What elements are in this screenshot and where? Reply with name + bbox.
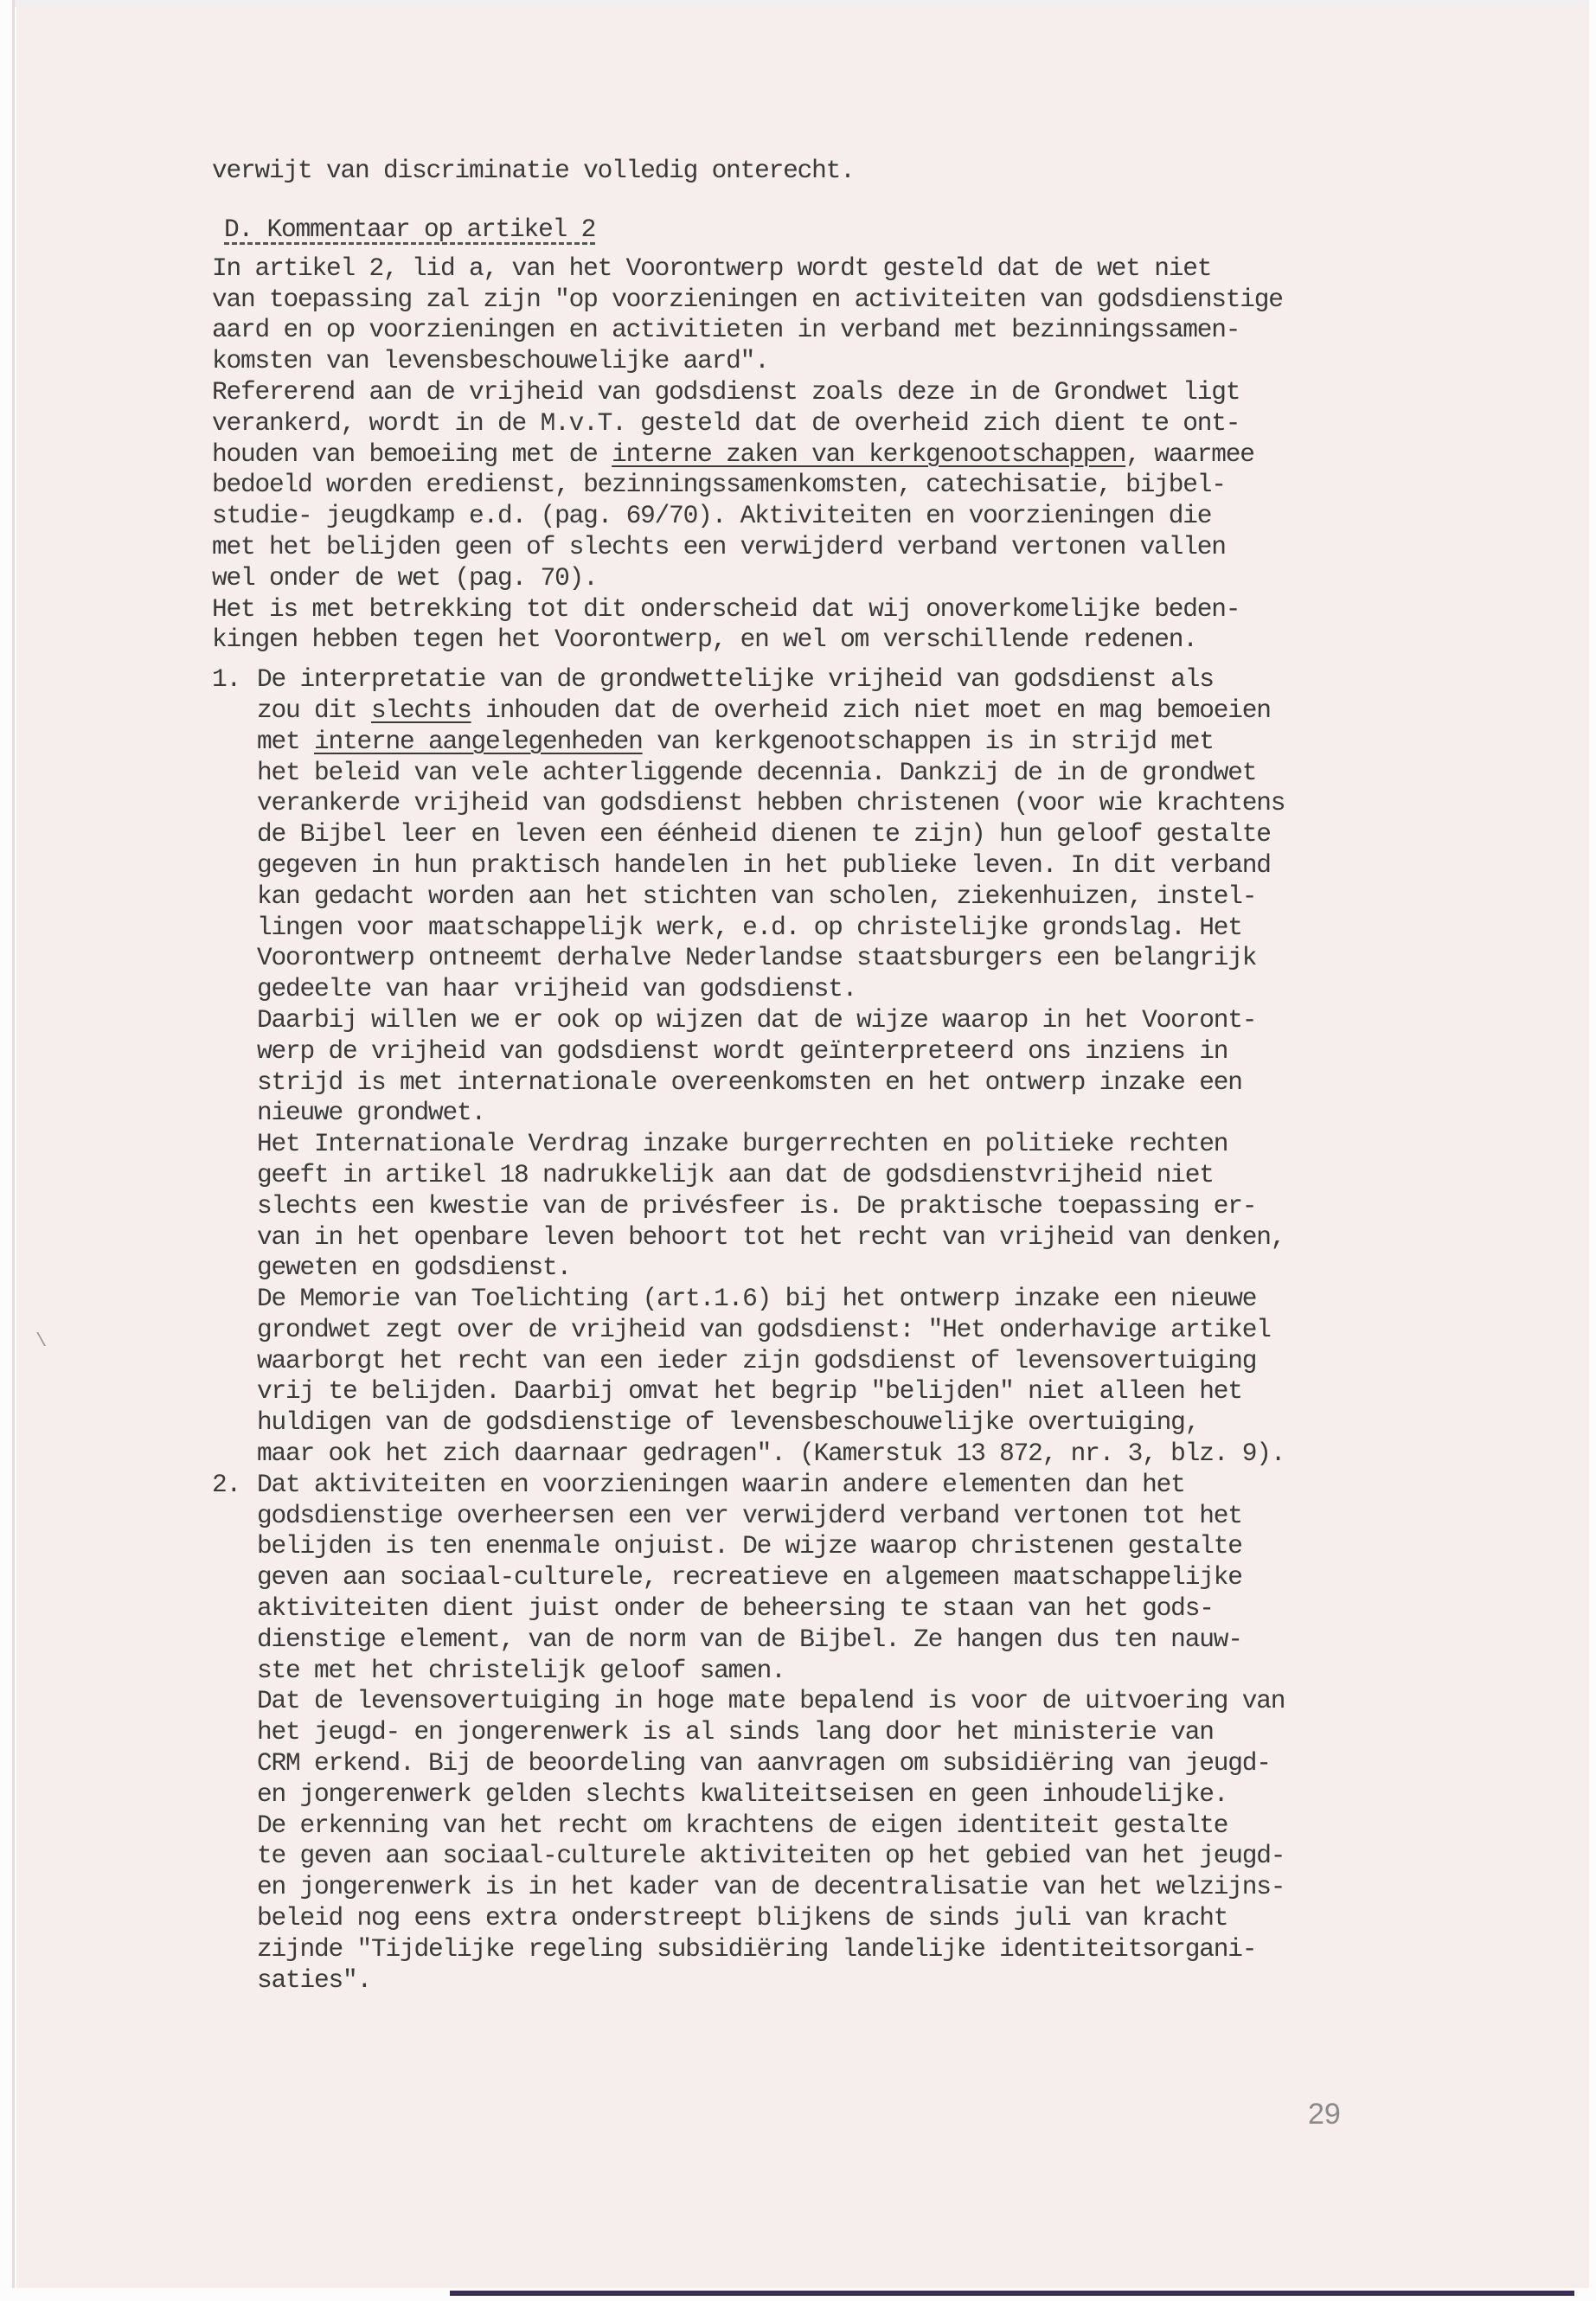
- text-line: bedoeld worden eredienst, bezinningssame…: [212, 470, 1423, 501]
- paragraph-3: Het is met betrekking tot dit onderschei…: [212, 594, 1423, 657]
- text-line: en jongerenwerk is in het kader van de d…: [257, 1872, 1423, 1903]
- text-line: het beleid van vele achterliggende decen…: [257, 758, 1423, 789]
- text-line: de Bijbel leer en leven een éénheid dien…: [257, 819, 1423, 850]
- text-line: slechts een kwestie van de privésfeer is…: [257, 1191, 1423, 1222]
- text-line: beleid nog eens extra onderstreept blijk…: [257, 1903, 1423, 1934]
- text-line: zou dit slechts inhouden dat de overheid…: [257, 695, 1423, 727]
- text-line: strijd is met internationale overeenkoms…: [257, 1067, 1423, 1099]
- text-segment: houden van bemoeiing met de: [212, 439, 612, 469]
- text-line: godsdienstige overheersen een ver verwij…: [257, 1501, 1423, 1532]
- page-number: 29: [1308, 2098, 1341, 2131]
- text-line: verankerd, wordt in de M.v.T. gesteld da…: [212, 408, 1423, 439]
- list-number: 1.: [212, 664, 240, 695]
- text-line: houden van bemoeiing met de interne zake…: [212, 439, 1423, 471]
- text-line: werp de vrijheid van godsdienst wordt ge…: [257, 1036, 1423, 1067]
- text-line: met interne aangelegenheden van kerkgeno…: [257, 727, 1423, 758]
- text-line: Het Internationale Verdrag inzake burger…: [257, 1129, 1423, 1160]
- page-top-edge: [15, 0, 1589, 7]
- text-line: De interpretatie van de grondwettelijke …: [257, 664, 1423, 695]
- text-line: saties".: [257, 1965, 1423, 1997]
- text-segment: met: [257, 727, 314, 756]
- text-line: De Memorie van Toelichting (art.1.6) bij…: [257, 1284, 1423, 1315]
- text-line: en jongerenwerk gelden slechts kwaliteit…: [257, 1779, 1423, 1811]
- text-line: Refererend aan de vrijheid van godsdiens…: [212, 377, 1423, 408]
- text-line: van toepassing zal zijn "op voorzieninge…: [212, 285, 1423, 316]
- text-line: gegeven in hun praktisch handelen in het…: [257, 850, 1423, 881]
- text-line: In artikel 2, lid a, van het Voorontwerp…: [212, 253, 1423, 285]
- text-line: Voorontwerp ontneemt derhalve Nederlands…: [257, 943, 1423, 974]
- text-line: maar ook het zich daarnaar gedragen". (K…: [257, 1439, 1423, 1470]
- text-line: De erkenning van het recht om krachtens …: [257, 1811, 1423, 1842]
- list-item-2: 2. Dat aktiviteiten en voorzieningen waa…: [212, 1470, 1423, 1997]
- underlined-phrase: slechts: [371, 695, 471, 725]
- text-line: vrij te belijden. Daarbij omvat het begr…: [257, 1376, 1423, 1407]
- text-line: Dat aktiviteiten en voorzieningen waarin…: [257, 1470, 1423, 1501]
- text-line: nieuwe grondwet.: [257, 1098, 1423, 1129]
- text-line: Daarbij willen we er ook op wijzen dat d…: [257, 1005, 1423, 1036]
- text-line: aard en op voorzieningen en activitieten…: [212, 315, 1423, 346]
- text-line: Het is met betrekking tot dit onderschei…: [212, 594, 1423, 625]
- text-line: geven aan sociaal-culturele, recreatieve…: [257, 1562, 1423, 1593]
- text-line: CRM erkend. Bij de beoordeling van aanvr…: [257, 1748, 1423, 1779]
- text-line: geweten en godsdienst.: [257, 1253, 1423, 1284]
- text-line: aktiviteiten dient juist onder de beheer…: [257, 1593, 1423, 1625]
- scan-bottom-edge: [450, 2291, 1574, 2296]
- underlined-phrase: interne aangelegenheden: [314, 727, 643, 756]
- page-content: verwijt van discriminatie volledig onter…: [212, 156, 1423, 1996]
- text-line: gedeelte van haar vrijheid van godsdiens…: [257, 974, 1423, 1005]
- text-line: ste met het christelijk geloof samen.: [257, 1656, 1423, 1687]
- text-segment: , waarmee: [1125, 439, 1254, 469]
- intro-line: verwijt van discriminatie volledig onter…: [212, 156, 1423, 187]
- text-line: het jeugd- en jongerenwerk is al sinds l…: [257, 1717, 1423, 1748]
- text-line: Dat de levensovertuiging in hoge mate be…: [257, 1686, 1423, 1717]
- underlined-phrase: interne zaken van kerkgenootschappen: [612, 439, 1125, 469]
- text-line: studie- jeugdkamp e.d. (pag. 69/70). Akt…: [212, 501, 1423, 532]
- text-line: van in het openbare leven behoort tot he…: [257, 1222, 1423, 1253]
- text-line: wel onder de wet (pag. 70).: [212, 563, 1423, 594]
- text-line: zijnde "Tijdelijke regeling subsidiëring…: [257, 1934, 1423, 1965]
- text-line: waarborgt het recht van een ieder zijn g…: [257, 1346, 1423, 1377]
- text-segment: van kerkgenootschappen is in strijd met: [643, 727, 1214, 756]
- text-line: geeft in artikel 18 nadrukkelijk aan dat…: [257, 1160, 1423, 1191]
- text-line: belijden is ten enenmale onjuist. De wij…: [257, 1531, 1423, 1562]
- list-item-1: 1. De interpretatie van de grondwettelij…: [212, 664, 1423, 1470]
- text-line: verankerde vrijheid van godsdienst hebbe…: [257, 788, 1423, 819]
- text-line: komsten van levensbeschouwelijke aard".: [212, 346, 1423, 377]
- text-segment: zou dit: [257, 695, 371, 725]
- spacer: [212, 187, 1423, 215]
- margin-mark: \: [35, 1330, 47, 1352]
- text-line: met het belijden geen of slechts een ver…: [212, 532, 1423, 563]
- paragraph-1: In artikel 2, lid a, van het Voorontwerp…: [212, 253, 1423, 377]
- text-line: dienstige element, van de norm van de Bi…: [257, 1625, 1423, 1656]
- text-line: grondwet zegt over de vrijheid van godsd…: [257, 1315, 1423, 1346]
- text-line: te geven aan sociaal-culturele aktivitei…: [257, 1841, 1423, 1872]
- document-page: \ verwijt van discriminatie volledig ont…: [12, 0, 1589, 2288]
- list-number: 2.: [212, 1470, 240, 1501]
- paragraph-2: Refererend aan de vrijheid van godsdiens…: [212, 377, 1423, 594]
- text-segment: inhouden dat de overheid zich niet moet …: [471, 695, 1271, 725]
- text-line: lingen voor maatschappelijk werk, e.d. o…: [257, 913, 1423, 944]
- text-line: kingen hebben tegen het Voorontwerp, en …: [212, 625, 1423, 656]
- text-line: huldigen van de godsdienstige of levensb…: [257, 1407, 1423, 1439]
- section-heading: D. Kommentaar op artikel 2: [224, 216, 595, 245]
- text-line: kan gedacht worden aan het stichten van …: [257, 881, 1423, 913]
